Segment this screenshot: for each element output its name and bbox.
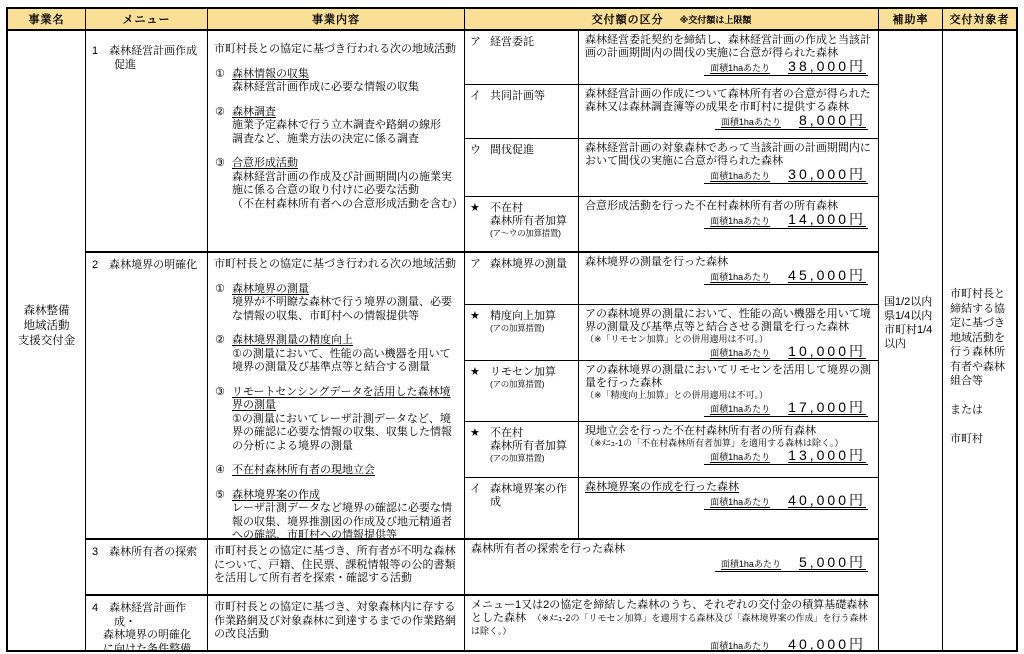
unit-price: 面積1haあたり30,000円 bbox=[704, 168, 868, 184]
content-cell-4: 市町村長との協定に基づき、対象森林内に存する 作業路網及び対象森林に到達するまで… bbox=[207, 594, 464, 650]
category-mark-star: ★ bbox=[470, 366, 484, 419]
item-title: 合意形成活動 bbox=[232, 157, 461, 171]
item-number: ③ bbox=[215, 157, 232, 211]
category-name-text: 森林境界案の作 成 bbox=[490, 483, 567, 508]
unit-price: 面積1haあたり17,000円 bbox=[704, 401, 868, 417]
grant-category-label: イ 共同計画等 bbox=[464, 84, 578, 138]
unit-label: 面積1haあたり bbox=[710, 271, 770, 284]
category-description: アの森林境界の測量においてリモセンを活用して境界の測量を行った森林 bbox=[585, 364, 872, 390]
item-text: 森林情報の収集森林経営計画作成に必要な情報の収集 bbox=[232, 68, 461, 95]
menu-cell-3: 3 森林所有者の探索 bbox=[85, 538, 207, 594]
unit-price: 面積1haあたり8,000円 bbox=[715, 114, 868, 130]
grant-category-desc: 森林経営計画の対象森林であって当該計画の計画期間内において間伐の実施に合意が得ら… bbox=[578, 138, 878, 196]
unit-label: 面積1haあたり bbox=[710, 215, 770, 228]
category-description: 森林経営計画の作成について森林所有者の合意が得られた森林又は森林調査簿等の成果を… bbox=[585, 88, 872, 114]
content-item: ③ 合意形成活動森林経営計画の作成及び計画期間内の施業実 施に係る合意の取り付け… bbox=[214, 157, 461, 211]
amount-value: 13,000円 bbox=[788, 449, 866, 462]
item-title: 森林情報の収集 bbox=[232, 68, 461, 82]
header-jigyomei: 事業名 bbox=[8, 9, 85, 29]
header-kubun: 交付額の区分 ※交付額は上限額 bbox=[464, 9, 878, 29]
category-name: 森林境界の測量 bbox=[490, 258, 577, 302]
content-item: ⑤ 森林境界案の作成レーザ計測データなど境界の確認に必要な情 報の収集、境界推測… bbox=[214, 489, 461, 539]
unit-price: 面積1haあたり45,000円 bbox=[704, 269, 868, 285]
unit-price: 面積1haあたり10,000円 bbox=[704, 345, 868, 361]
category-name-text: 精度向上加算 bbox=[490, 310, 556, 322]
unit-label: 面積1haあたり bbox=[710, 62, 770, 75]
grant-category-label: ウ 間伐促進 bbox=[464, 138, 578, 196]
category-sub: (アの加算措置) bbox=[490, 379, 577, 389]
content-item: ① 森林情報の収集森林経営計画作成に必要な情報の収集 bbox=[214, 68, 461, 95]
grant-category-desc: アの森林境界の測量においてリモセンを活用して境界の測量を行った森林 （※「精度向… bbox=[578, 360, 878, 421]
unit-label: 面積1haあたり bbox=[710, 496, 770, 509]
category-sub: (アの加算措置) bbox=[490, 323, 577, 333]
item-body: 施業予定森林で行う立木調査や路網の線形 調査など、施業方法の決定に係る調査 bbox=[232, 119, 461, 146]
header-naiyou-label: 事業内容 bbox=[312, 11, 360, 27]
category-sub: (アの加算措置) bbox=[490, 453, 577, 463]
menu-cell-1: 1 森林経営計画作成 促進 bbox=[85, 29, 207, 251]
item-text: 森林境界の測量境界が不明瞭な森林で行う境界の測量、必要 な情報の収集、市町村への… bbox=[232, 283, 461, 324]
header-hojoritsu: 補助率 bbox=[878, 9, 942, 29]
grant-category-desc-full: メニュー1又は2の協定を締結した森林のうち、それぞれの交付金の積算基礎森林とした… bbox=[464, 594, 878, 650]
header-kubun-note: ※交付額は上限額 bbox=[680, 13, 752, 26]
item-number: ③ bbox=[215, 386, 232, 454]
unit-label: 面積1haあたり bbox=[710, 347, 770, 360]
content-lead: 市町村長との協定に基づき行われる次の地域活動 bbox=[214, 43, 461, 57]
category-description: 森林経営委託契約を締結し、森林経営計画の作成と当該計画の計画期間内の間伐の実施に… bbox=[585, 34, 872, 60]
amount-value: 45,000円 bbox=[788, 269, 866, 282]
category-name-text: 不在村 森林所有者加算 bbox=[490, 427, 567, 452]
unit-label: 面積1haあたり bbox=[710, 451, 770, 464]
menu-cell-4: 4 森林経営計画作 成・ 森林境界の明確化 に向けた条件整備 bbox=[85, 594, 207, 650]
item-number: ② bbox=[215, 334, 232, 375]
item-title: 森林境界の測量 bbox=[232, 283, 461, 297]
item-number: ① bbox=[215, 68, 232, 95]
category-name: 不在村 森林所有者加算(ア～ウの加算措置) bbox=[490, 202, 577, 249]
category-description: 森林経営計画の対象森林であって当該計画の計画期間内において間伐の実施に合意が得ら… bbox=[585, 142, 872, 168]
item-text: 森林境界案の作成レーザ計測データなど境界の確認に必要な情 報の収集、境界推測図の… bbox=[232, 489, 461, 539]
content-lead: 市町村長との協定に基づき、所有者が不明な森林 について、戸籍、住民票、課税情報等… bbox=[214, 545, 461, 586]
category-mark: イ bbox=[470, 90, 484, 136]
item-number: ④ bbox=[215, 464, 232, 478]
item-title: 森林境界測量の精度向上 bbox=[232, 334, 461, 348]
amount-value: 14,000円 bbox=[788, 213, 866, 226]
menu-cell-2: 2 森林境界の明確化 bbox=[85, 251, 207, 538]
unit-label: 面積1haあたり bbox=[710, 170, 770, 183]
item-text: 合意形成活動森林経営計画の作成及び計画期間内の施業実 施に係る合意の取り付けに必… bbox=[232, 157, 461, 211]
item-number: ⑤ bbox=[215, 489, 232, 539]
category-name-text: 森林境界の測量 bbox=[490, 258, 567, 270]
content-cell-3: 市町村長との協定に基づき、所有者が不明な森林 について、戸籍、住民票、課税情報等… bbox=[207, 538, 464, 594]
item-body: ①の測量においてレーザ計測データなど、境 界の確認に必要な情報の収集、収集した情… bbox=[232, 413, 461, 454]
unit-label: 面積1haあたり bbox=[710, 640, 770, 650]
unit-price: 面積1haあたり40,000円 bbox=[704, 638, 868, 650]
grant-category-desc: 森林経営計画の作成について森林所有者の合意が得られた森林又は森林調査簿等の成果を… bbox=[578, 84, 878, 138]
item-title: 不在村森林所有者の現地立会 bbox=[232, 464, 461, 478]
unit-label: 面積1haあたり bbox=[721, 116, 781, 129]
content-item: ④ 不在村森林所有者の現地立会 bbox=[214, 464, 461, 478]
category-mark: ア bbox=[470, 36, 484, 82]
item-text: 森林調査施業予定森林で行う立木調査や路網の線形 調査など、施業方法の決定に係る調… bbox=[232, 106, 461, 147]
header-menu: メニュー bbox=[85, 9, 207, 29]
grant-table: 事業名 メニュー 事業内容 交付額の区分 ※交付額は上限額 補助率 交付対象者 … bbox=[6, 7, 1018, 652]
unit-label: 面積1haあたり bbox=[721, 558, 781, 571]
unit-label: 面積1haあたり bbox=[710, 403, 770, 416]
grant-category-desc: 森林経営委託契約を締結し、森林経営計画の作成と当該計画の計画期間内の間伐の実施に… bbox=[578, 29, 878, 84]
item-title: 森林境界案の作成 bbox=[232, 489, 461, 503]
project-name-cell: 森林整備 地域活動 支援交付金 bbox=[8, 29, 85, 650]
amount-value: 40,000円 bbox=[788, 494, 866, 507]
item-body: 森林経営計画作成に必要な情報の収集 bbox=[232, 81, 461, 95]
header-taishosha: 交付対象者 bbox=[942, 9, 1016, 29]
category-name-text: 経営委託 bbox=[490, 36, 534, 48]
content-cell-1: 市町村長との協定に基づき行われる次の地域活動 ① 森林情報の収集森林経営計画作成… bbox=[207, 29, 464, 251]
content-item: ③ リモートセンシングデータを活用した森林境 界の測量①の測量においてレーザ計測… bbox=[214, 386, 461, 454]
category-name: 精度向上加算(アの加算措置) bbox=[490, 310, 577, 358]
category-sub: (ア～ウの加算措置) bbox=[490, 228, 577, 238]
header-naiyou: 事業内容 bbox=[207, 9, 464, 29]
item-body: レーザ計測データなど境界の確認に必要な情 報の収集、境界推測図の作成及び地元精通… bbox=[232, 502, 461, 538]
content-item: ② 森林調査施業予定森林で行う立木調査や路網の線形 調査など、施業方法の決定に係… bbox=[214, 106, 461, 147]
grant-category-desc: 合意形成活動を行った不在村森林所有者の所有森林 面積1haあたり14,000円 bbox=[578, 196, 878, 251]
category-name: 不在村 森林所有者加算(アの加算措置) bbox=[490, 427, 577, 475]
grant-category-label: ★ 精度向上加算(アの加算措置) bbox=[464, 304, 578, 360]
header-kubun-label: 交付額の区分 bbox=[592, 11, 664, 27]
category-name: リモセン加算(アの加算措置) bbox=[490, 366, 577, 419]
grant-category-desc: 現地立会を行った不在村森林所有者の所有森林 （※ﾒﾆｭ-1の「不在村森林所有者加… bbox=[578, 421, 878, 477]
grant-category-label: ア 森林境界の測量 bbox=[464, 251, 578, 304]
category-mark: ウ bbox=[470, 144, 484, 194]
content-lead: 市町村長との協定に基づき、対象森林内に存する 作業路網及び対象森林に到達するまで… bbox=[214, 601, 461, 642]
amount-value: 38,000円 bbox=[788, 60, 866, 73]
item-number: ① bbox=[215, 283, 232, 324]
category-name-text: 間伐促進 bbox=[490, 144, 534, 156]
amount-value: 40,000円 bbox=[788, 638, 866, 650]
document-page: 事業名 メニュー 事業内容 交付額の区分 ※交付額は上限額 補助率 交付対象者 … bbox=[6, 7, 1018, 652]
grant-category-desc: 森林境界案の作成を行った森林 面積1haあたり40,000円 bbox=[578, 477, 878, 538]
category-name-text: 不在村 森林所有者加算 bbox=[490, 202, 567, 227]
grant-category-desc: 森林境界の測量を行った森林 面積1haあたり45,000円 bbox=[578, 251, 878, 304]
item-body: 森林経営計画の作成及び計画期間内の施業実 施に係る合意の取り付けに必要な活動 （… bbox=[232, 171, 461, 212]
amount-value: 30,000円 bbox=[788, 168, 866, 181]
category-name: 間伐促進 bbox=[490, 144, 577, 194]
content-cell-2: 市町村長との協定に基づき行われる次の地域活動 ① 森林境界の測量境界が不明瞭な森… bbox=[207, 251, 464, 538]
item-body: 境界が不明瞭な森林で行う境界の測量、必要 な情報の収集、市町村への情報提供等 bbox=[232, 296, 461, 323]
category-mark-star: ★ bbox=[470, 310, 484, 358]
category-description: メニュー1又は2の協定を締結した森林のうち、それぞれの交付金の積算基礎森林とした… bbox=[471, 599, 872, 638]
grant-category-label: ★ 不在村 森林所有者加算(ア～ウの加算措置) bbox=[464, 196, 578, 251]
category-name-text: 共同計画等 bbox=[490, 90, 545, 102]
category-mark-star: ★ bbox=[470, 202, 484, 249]
category-name: 共同計画等 bbox=[490, 90, 577, 136]
category-description: 現地立会を行った不在村森林所有者の所有森林 bbox=[585, 425, 872, 438]
item-text: 森林境界測量の精度向上①の測量において、性能の高い機器を用いて 境界の測量及び基… bbox=[232, 334, 461, 375]
grant-category-desc-full: 森林所有者の探索を行った森林 面積1haあたり5,000円 bbox=[464, 538, 878, 594]
category-mark: ア bbox=[470, 258, 484, 302]
header-menu-label: メニュー bbox=[123, 11, 171, 27]
grant-category-label: イ 森林境界案の作 成 bbox=[464, 477, 578, 538]
unit-price: 面積1haあたり5,000円 bbox=[715, 556, 868, 572]
amount-value: 17,000円 bbox=[788, 401, 866, 414]
item-number: ② bbox=[215, 106, 232, 147]
header-taishosha-label: 交付対象者 bbox=[950, 11, 1010, 27]
category-name-text: リモセン加算 bbox=[490, 366, 556, 378]
grant-category-desc: アの森林境界の測量において、性能の高い機器を用いて境界の測量及び基準点等と結合さ… bbox=[578, 304, 878, 360]
category-name: 経営委託 bbox=[490, 36, 577, 82]
grant-category-label: ア 経営委託 bbox=[464, 29, 578, 84]
category-mark-star: ★ bbox=[470, 427, 484, 475]
header-hojoritsu-label: 補助率 bbox=[893, 11, 929, 27]
unit-price: 面積1haあたり14,000円 bbox=[704, 213, 868, 229]
item-text: 不在村森林所有者の現地立会 bbox=[232, 464, 461, 478]
category-name: 森林境界案の作 成 bbox=[490, 483, 577, 536]
subsidy-rate-cell: 国1/2以内 県1/4以内 市町村1/4 以内 bbox=[878, 29, 942, 650]
item-body: ①の測量において、性能の高い機器を用いて 境界の測量及び基準点等と結合する測量 bbox=[232, 348, 461, 375]
item-text: リモートセンシングデータを活用した森林境 界の測量①の測量においてレーザ計測デー… bbox=[232, 386, 461, 454]
header-jigyomei-label: 事業名 bbox=[29, 11, 65, 27]
recipients-cell: 市町村長と 締結する協 定に基づき 地域活動を 行う森林所 有者や森林 組合等 … bbox=[942, 29, 1016, 650]
grant-category-label: ★ 不在村 森林所有者加算(アの加算措置) bbox=[464, 421, 578, 477]
unit-price: 面積1haあたり38,000円 bbox=[704, 60, 868, 76]
content-item: ② 森林境界測量の精度向上①の測量において、性能の高い機器を用いて 境界の測量及… bbox=[214, 334, 461, 375]
item-title: 森林調査 bbox=[232, 106, 461, 120]
amount-value: 8,000円 bbox=[799, 114, 866, 127]
item-title: リモートセンシングデータを活用した森林境 界の測量 bbox=[232, 386, 461, 413]
content-item: ① 森林境界の測量境界が不明瞭な森林で行う境界の測量、必要 な情報の収集、市町村… bbox=[214, 283, 461, 324]
unit-price: 面積1haあたり40,000円 bbox=[704, 494, 868, 510]
category-mark: イ bbox=[470, 483, 484, 536]
grant-category-label: ★ リモセン加算(アの加算措置) bbox=[464, 360, 578, 421]
unit-price: 面積1haあたり13,000円 bbox=[704, 449, 868, 465]
amount-value: 10,000円 bbox=[788, 345, 866, 358]
category-description: アの森林境界の測量において、性能の高い機器を用いて境界の測量及び基準点等と結合さ… bbox=[585, 308, 872, 334]
amount-value: 5,000円 bbox=[799, 556, 866, 569]
content-lead: 市町村長との協定に基づき行われる次の地域活動 bbox=[214, 258, 461, 272]
